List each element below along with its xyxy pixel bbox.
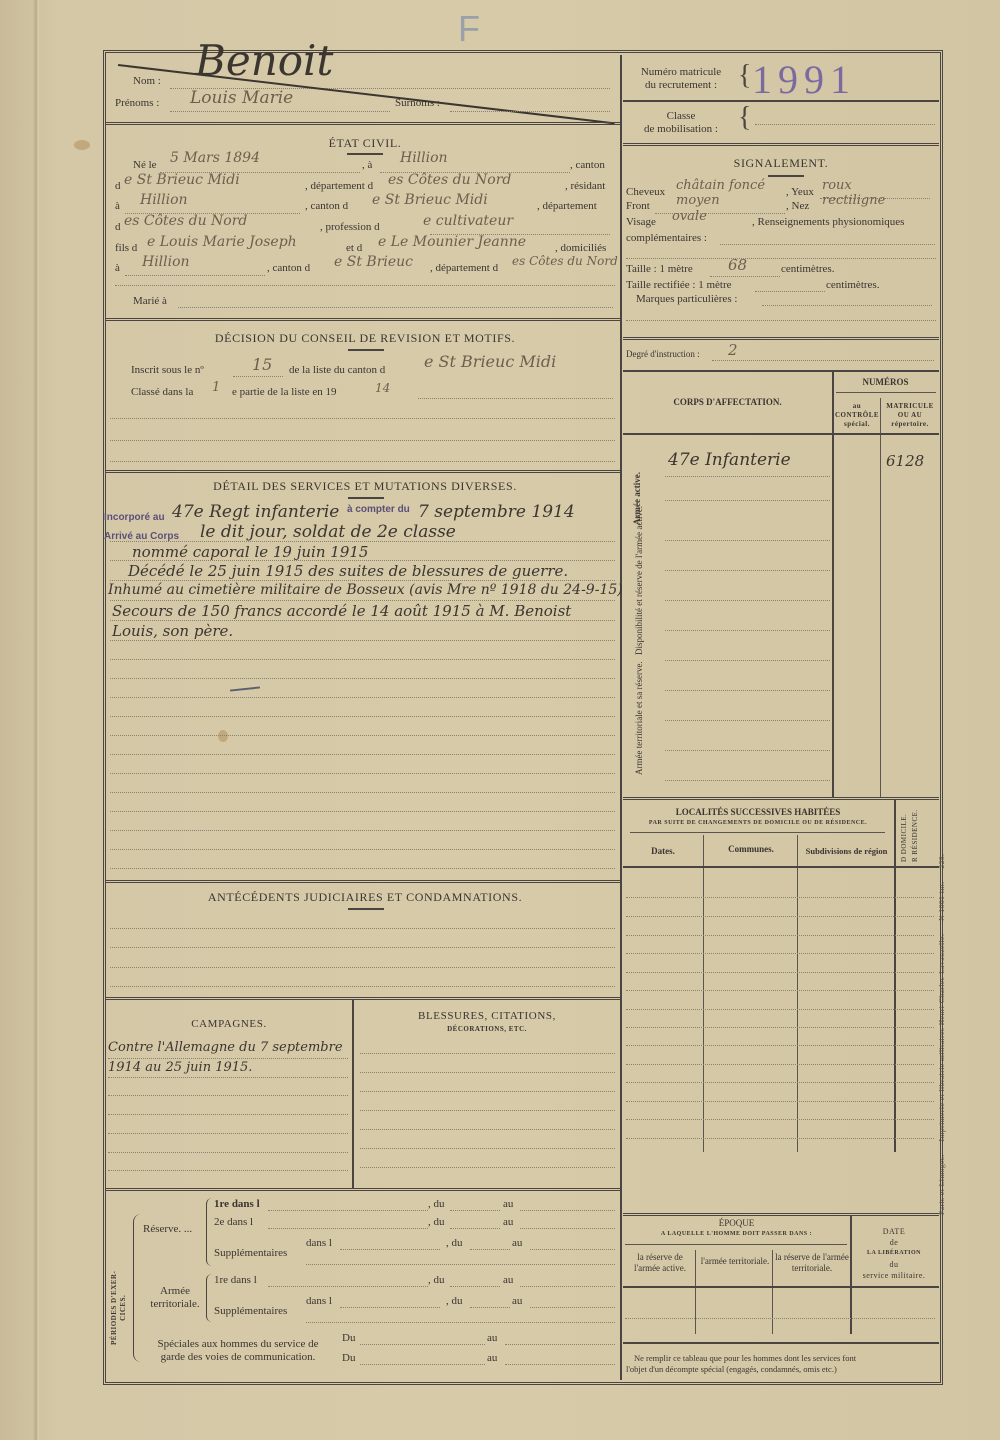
territoriale-brace: [206, 1274, 212, 1322]
service-line[interactable]: Secours de 150 francs accordé le 14 août…: [112, 602, 571, 620]
residence-canton-value[interactable]: e St Brieuc Midi: [372, 192, 488, 208]
prenoms-value[interactable]: Louis Marie: [190, 88, 293, 108]
epoque-note-2: l'objet d'un décompte spécial (engagés, …: [626, 1364, 837, 1374]
yeux-value[interactable]: roux: [822, 178, 852, 193]
col-communes: Communes.: [705, 844, 797, 854]
controle-header: au CONTRÔLE spécial.: [834, 402, 880, 429]
revision-canton-value[interactable]: e St Brieuc Midi: [424, 352, 556, 371]
speciales-label: Spéciales aux hommes du service de garde…: [140, 1338, 336, 1364]
epoque-col-reserve-active: la réserve de l'armée active.: [625, 1252, 695, 1274]
epoque-subtitle: A LAQUELLE L'HOMME DOIT PASSER DANS :: [623, 1231, 850, 1237]
stamp-incorpore: Incorporé au: [104, 512, 165, 523]
epoque-col-territoriale: l'armée territoriale.: [700, 1256, 770, 1267]
col-dates: Dates.: [623, 846, 703, 856]
brace: {: [738, 62, 751, 90]
matricule-number[interactable]: 1991: [752, 56, 856, 103]
services-title: DÉTAIL DES SERVICES ET MUTATIONS DIVERSE…: [110, 479, 620, 494]
birth-date-value[interactable]: 5 Mars 1894: [170, 150, 260, 166]
inscrit-numero-value[interactable]: 15: [252, 355, 272, 374]
matricule-repertoire-header: MATRICULE OU AU répertoire.: [882, 402, 938, 429]
right-column-divider: [620, 55, 622, 1380]
birth-canton-value[interactable]: e St Brieuc Midi: [124, 172, 240, 188]
blessures-title: BLESSURES, CITATIONS,: [354, 1010, 620, 1022]
col-residence: R RÉSIDENCE.: [911, 809, 919, 862]
nom-value[interactable]: Benoit: [195, 36, 333, 85]
service-line[interactable]: Inhumé au cimetière militaire de Bosseux…: [108, 582, 623, 598]
compter-value[interactable]: 7 septembre 1914: [418, 502, 575, 522]
residence-dept-value[interactable]: es Côtes du Nord: [124, 213, 247, 229]
epoque-col-reserve-territoriale: la réserve de l'armée territoriale.: [775, 1252, 849, 1274]
localites-title: LOCALITÉS SUCCESSIVES HABITÉES: [623, 807, 893, 817]
classe-label: Classe de mobilisation :: [628, 110, 734, 136]
profession-value[interactable]: e cultivateur: [423, 213, 513, 229]
corps-affectation-value[interactable]: 47e Infanterie: [668, 450, 791, 470]
birth-dept-value[interactable]: es Côtes du Nord: [388, 172, 511, 188]
parents-domicile-value[interactable]: Hillion: [142, 254, 190, 270]
reserve-brace: [206, 1198, 212, 1266]
numeros-header: NUMÉROS: [834, 377, 937, 387]
visage-value[interactable]: ovale: [672, 209, 707, 224]
campagnes-line-1[interactable]: Contre l'Allemagne du 7 septembre: [108, 1040, 343, 1055]
nez-value[interactable]: rectiligne: [822, 193, 885, 208]
corps-affectation-header: CORPS D'AFFECTATION.: [623, 397, 832, 407]
antecedents-title: ANTÉCÉDENTS JUDICIAIRES ET CONDAMNATIONS…: [110, 890, 620, 905]
localites-subtitle: PAR SUITE DE CHANGEMENTS DE DOMICILE OU …: [623, 820, 893, 826]
form-frame: [103, 50, 943, 1385]
epoque-title: ÉPOQUE: [623, 1218, 850, 1228]
parents-dept-value[interactable]: es Côtes du Nord: [512, 254, 618, 268]
printer-imprint: Paris et Limoges. — Imprimerie et librai…: [937, 854, 946, 1215]
matricule-label: Numéro matricule du recrutement :: [628, 66, 734, 92]
matricule-repertoire-value[interactable]: 6128: [886, 452, 924, 470]
service-line[interactable]: nommé caporal le 19 juin 1915: [132, 543, 368, 561]
stain: [74, 140, 90, 150]
stamp-compter: à compter du: [347, 504, 410, 515]
service-line[interactable]: Décédé le 25 juin 1915 des suites de ble…: [128, 562, 568, 580]
father-value[interactable]: e Louis Marie Joseph: [147, 234, 297, 250]
etat-civil-title: ÉTAT CIVIL.: [110, 136, 620, 151]
date-liberation-header: DATE de LA LIBÉRATION du service militai…: [852, 1226, 936, 1281]
nom-label: Nom :: [133, 75, 161, 87]
service-line[interactable]: Louis, son père.: [112, 622, 233, 640]
col-domicile: D DOMICILE.: [900, 814, 908, 862]
campagnes-title: CAMPAGNES.: [106, 1018, 352, 1030]
birth-place-value[interactable]: Hillion: [400, 150, 448, 166]
epoque-note-1: Ne remplir ce tableau que pour les homme…: [634, 1353, 856, 1363]
classe-annee-value[interactable]: 14: [375, 381, 390, 395]
periodes-side-label: PÉRIODES D'EXER- CICES.: [110, 1271, 128, 1345]
parents-canton-value[interactable]: e St Brieuc: [334, 254, 413, 270]
prenoms-label: Prénoms :: [115, 97, 159, 109]
territoriale-label: Armée territoriale.: [140, 1285, 210, 1311]
mother-value[interactable]: e Le Mounier Jeanne: [378, 234, 526, 250]
blessures-subtitle: DÉCORATIONS, ETC.: [354, 1025, 620, 1033]
binding-fold: [33, 0, 39, 1440]
signalement-title: SIGNALEMENT.: [623, 156, 939, 171]
incorpore-value[interactable]: 47e Regt infanterie: [172, 502, 339, 522]
campagnes-line-2[interactable]: 1914 au 25 juin 1915.: [108, 1060, 252, 1075]
arrive-value[interactable]: le dit jour, soldat de 2e classe: [200, 522, 456, 542]
cheveux-value[interactable]: châtain foncé: [676, 178, 765, 193]
classe-partie-value[interactable]: 1: [212, 380, 220, 395]
residence-value[interactable]: Hillion: [140, 192, 188, 208]
degre-instruction-value[interactable]: 2: [728, 341, 738, 359]
revision-title: DÉCISION DU CONSEIL DE REVISION ET MOTIF…: [110, 331, 620, 346]
front-value[interactable]: moyen: [676, 193, 720, 208]
taille-value[interactable]: 68: [728, 256, 747, 274]
territoriale-label: Armée territoriale et sa réserve.: [634, 661, 644, 775]
col-subdivisions: Subdivisions de région: [799, 846, 894, 856]
surnoms-label: Surnoms :: [395, 97, 440, 109]
brace: {: [738, 104, 751, 132]
pencil-mark: F: [458, 8, 480, 50]
